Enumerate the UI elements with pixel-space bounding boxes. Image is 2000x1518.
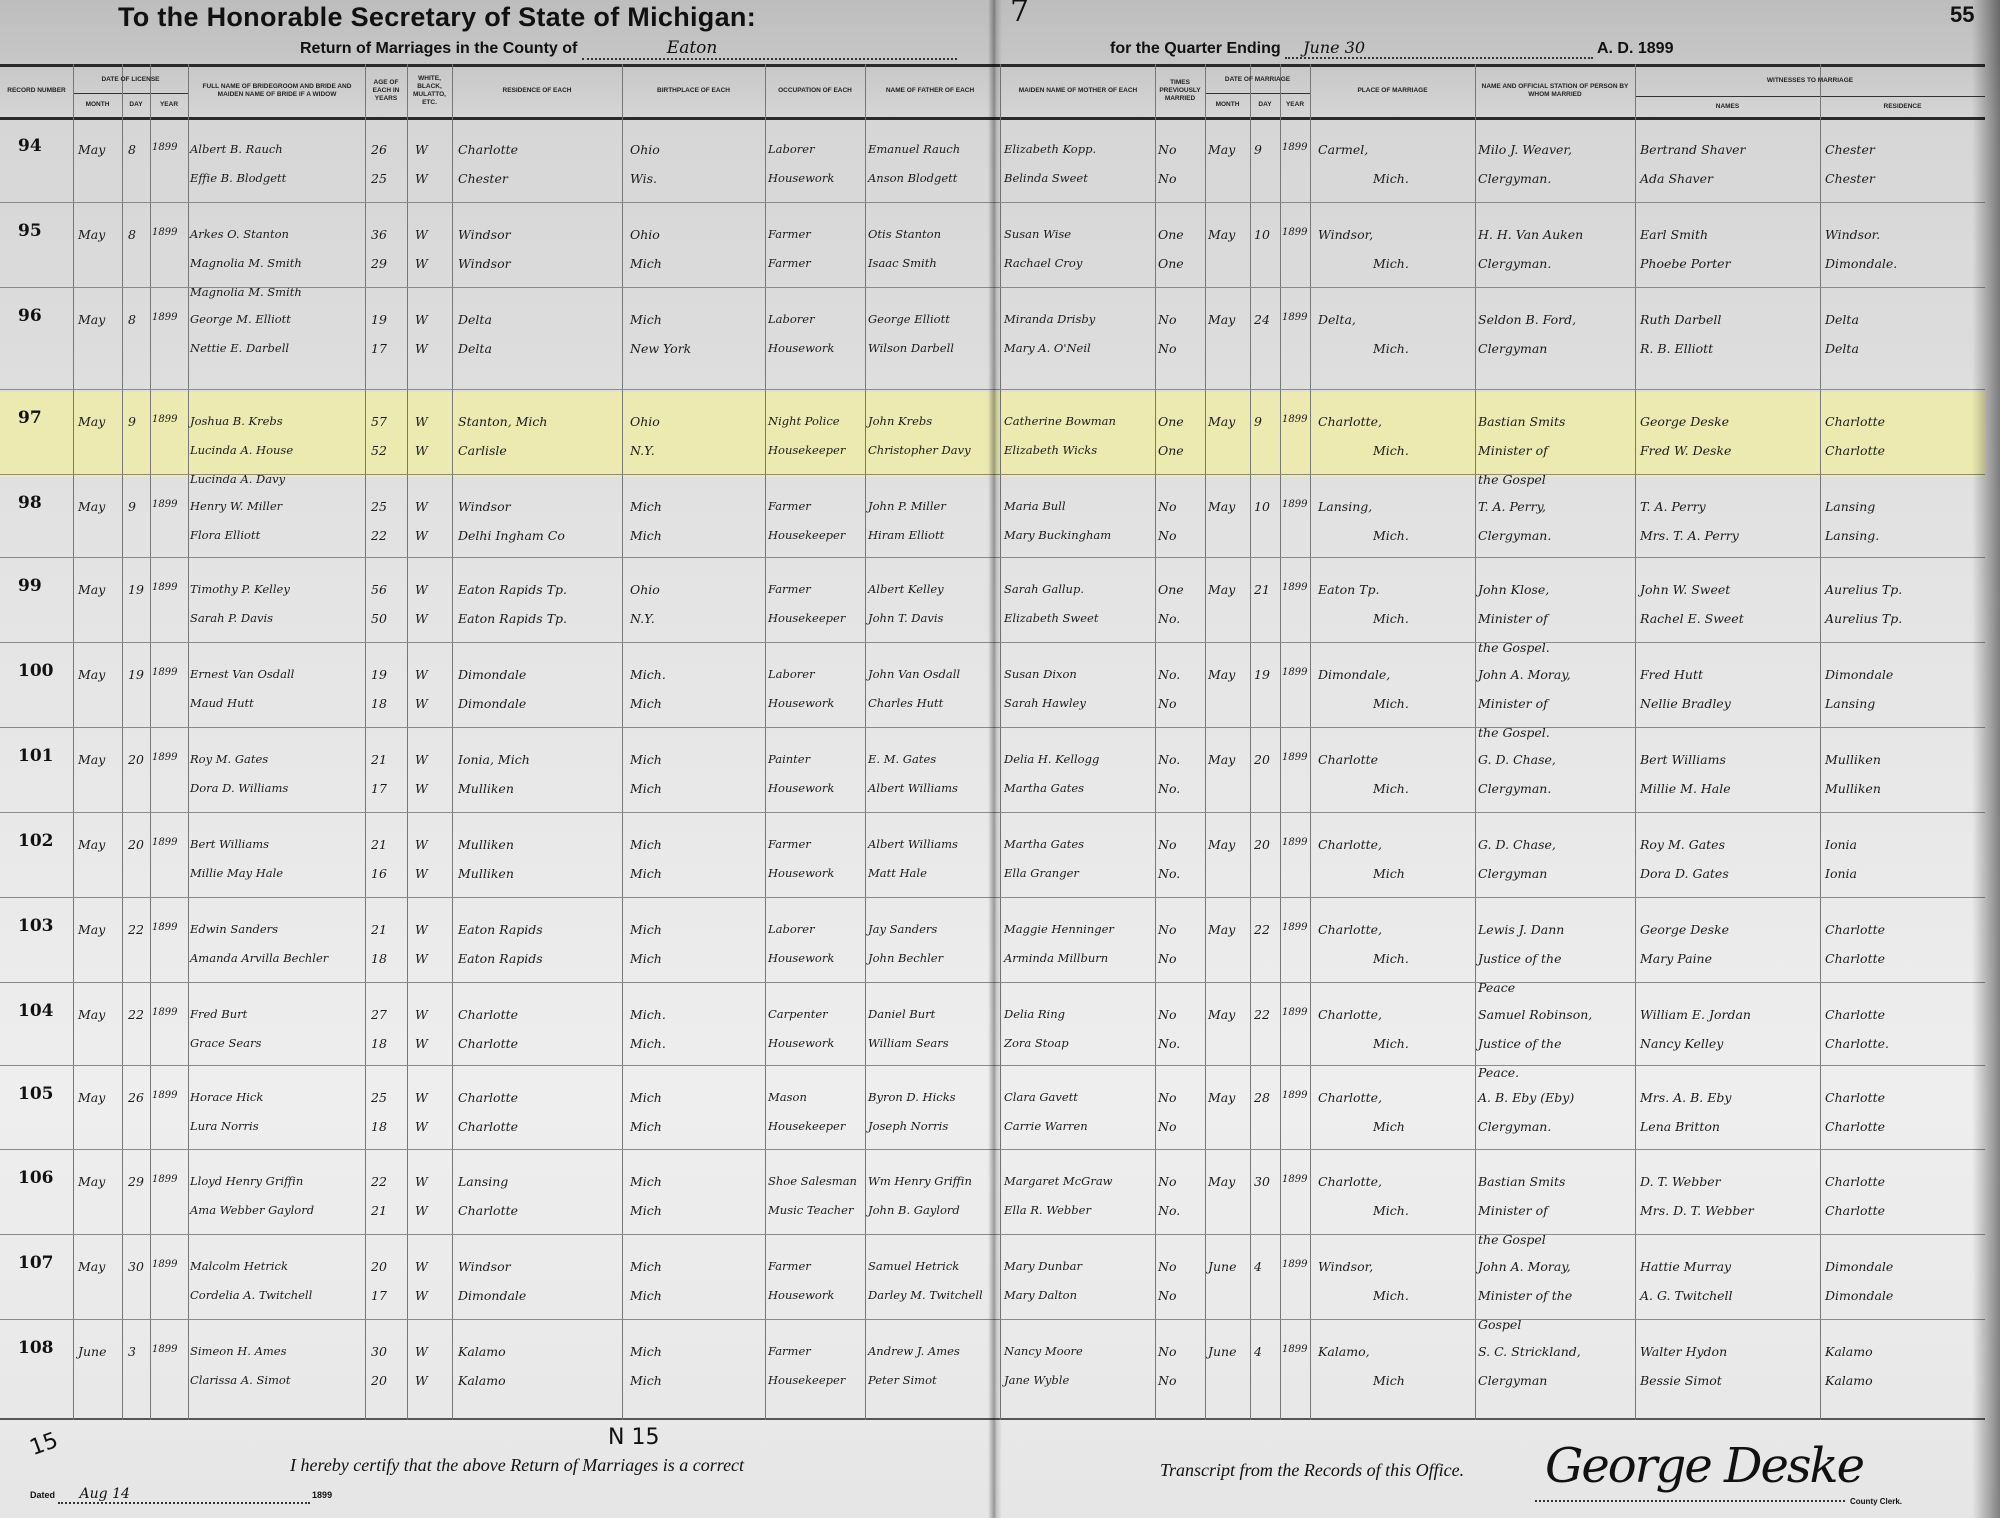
prev-line: One bbox=[1158, 414, 1184, 429]
book-spine-shadow bbox=[988, 0, 1002, 1518]
mar-month: May bbox=[1208, 227, 1235, 242]
place-line: Dimondale, bbox=[1318, 667, 1390, 682]
prev-line: No. bbox=[1158, 781, 1180, 796]
place-line: Eaton Tp. bbox=[1318, 582, 1379, 597]
witness-names-line: Mrs. D. T. Webber bbox=[1640, 1203, 1754, 1218]
place-line: Mich. bbox=[1373, 1203, 1409, 1218]
place-line: Carmel, bbox=[1318, 142, 1368, 157]
officiant-line: Bastian Smits bbox=[1478, 1174, 1565, 1189]
header-marriage-month: Month bbox=[1205, 94, 1250, 116]
officiant-line: T. A. Perry, bbox=[1478, 499, 1546, 514]
officiant-line: Minister of the bbox=[1478, 1288, 1572, 1303]
residences-line: Eaton Rapids bbox=[458, 922, 543, 937]
birthplaces-line: N.Y. bbox=[630, 443, 655, 458]
officiant-line: Seldon B. Ford, bbox=[1478, 312, 1576, 327]
names-line: Lura Norris bbox=[190, 1119, 259, 1133]
prev-line: No bbox=[1158, 1090, 1176, 1105]
colors-line: W bbox=[415, 837, 428, 852]
officiant-line: Clergyman bbox=[1478, 866, 1547, 881]
occupations-line: Housework bbox=[768, 1288, 834, 1302]
witness-res-line: Charlotte bbox=[1825, 1174, 1885, 1189]
witness-res-line: Charlotte. bbox=[1825, 1036, 1889, 1051]
prev-line: No bbox=[1158, 1288, 1176, 1303]
mothers-line: Elizabeth Wicks bbox=[1004, 443, 1097, 457]
colors-line: W bbox=[415, 142, 428, 157]
witness-names-line: Hattie Murray bbox=[1640, 1259, 1731, 1274]
mothers-line: Zora Stoap bbox=[1004, 1036, 1069, 1050]
mar-month: May bbox=[1208, 667, 1235, 682]
lic-year: 1899 bbox=[152, 752, 177, 763]
ages-line: 56 bbox=[371, 582, 387, 597]
place-line: Windsor, bbox=[1318, 1259, 1373, 1274]
colors-line: W bbox=[415, 312, 428, 327]
witness-res-line: Delta bbox=[1825, 341, 1859, 356]
mar-day: 9 bbox=[1254, 414, 1262, 429]
witness-names-line: Lena Britton bbox=[1640, 1119, 1720, 1134]
lic-month: May bbox=[78, 1174, 105, 1189]
birthplaces-line: Ohio bbox=[630, 582, 660, 597]
witness-names-line: Roy M. Gates bbox=[1640, 837, 1725, 852]
residences-line: Charlotte bbox=[458, 1090, 518, 1105]
names-line: Albert B. Rauch bbox=[190, 142, 283, 156]
occupations-line: Music Teacher bbox=[768, 1203, 853, 1217]
occupations-line: Painter bbox=[768, 752, 810, 766]
record-number: 104 bbox=[18, 1001, 54, 1021]
mar-year: 1899 bbox=[1282, 499, 1307, 510]
column-divider bbox=[1205, 64, 1206, 1420]
mar-day: 28 bbox=[1254, 1090, 1270, 1105]
header-witnesses: Witnesses to Marriage bbox=[1635, 66, 1985, 96]
lic-year: 1899 bbox=[152, 1007, 177, 1018]
ages-line: 21 bbox=[371, 752, 387, 767]
clerk-label: County Clerk. bbox=[1850, 1497, 1902, 1506]
officiant-line: Justice of the bbox=[1478, 1036, 1561, 1051]
birthplaces-line: Mich bbox=[630, 837, 662, 852]
fathers-line: Daniel Burt bbox=[868, 1007, 935, 1021]
mothers-line: Sarah Hawley bbox=[1004, 696, 1086, 710]
fathers-line: Jay Sanders bbox=[868, 922, 937, 936]
header-place: Place of Marriage bbox=[1310, 66, 1475, 116]
ages-line: 57 bbox=[371, 414, 387, 429]
ages-line: 27 bbox=[371, 1007, 387, 1022]
colors-line: W bbox=[415, 171, 428, 186]
witness-res-line: Charlotte bbox=[1825, 1203, 1885, 1218]
mar-month: May bbox=[1208, 752, 1235, 767]
header-license-month: Month bbox=[73, 94, 122, 116]
ages-line: 29 bbox=[371, 256, 387, 271]
names-line: Clarissa A. Simot bbox=[190, 1373, 290, 1387]
county-value: Eaton bbox=[582, 38, 957, 60]
names-line: Fred Burt bbox=[190, 1007, 247, 1021]
residences-line: Eaton Rapids Tp. bbox=[458, 582, 567, 597]
certification-text: I hereby certify that the above Return o… bbox=[290, 1455, 744, 1476]
witness-res-line: Kalamo bbox=[1825, 1344, 1873, 1359]
witness-res-line: Dimondale bbox=[1825, 667, 1893, 682]
mar-day: 4 bbox=[1254, 1259, 1262, 1274]
lic-day: 22 bbox=[128, 922, 144, 937]
header-marriage-year: Year bbox=[1280, 94, 1310, 116]
occupations-line: Housework bbox=[768, 171, 834, 185]
witness-res-line: Lansing. bbox=[1825, 528, 1879, 543]
names-line: Horace Hick bbox=[190, 1090, 263, 1104]
residences-line: Dimondale bbox=[458, 696, 526, 711]
colors-line: W bbox=[415, 582, 428, 597]
witness-names-line: William E. Jordan bbox=[1640, 1007, 1751, 1022]
officiant-line: Clergyman bbox=[1478, 1373, 1547, 1388]
fathers-line: Emanuel Rauch bbox=[868, 142, 960, 156]
witness-res-line: Charlotte bbox=[1825, 1090, 1885, 1105]
ages-line: 25 bbox=[371, 171, 387, 186]
header-witness-residence: Residence bbox=[1820, 97, 1985, 116]
residences-line: Eaton Rapids Tp. bbox=[458, 611, 567, 626]
names-line: Maud Hutt bbox=[190, 696, 254, 710]
lic-month: May bbox=[78, 837, 105, 852]
fathers-line: Wilson Darbell bbox=[868, 341, 954, 355]
lic-month: May bbox=[78, 227, 105, 242]
occupations-line: Farmer bbox=[768, 499, 811, 513]
officiant-line: Clergyman. bbox=[1478, 1119, 1551, 1134]
lic-month: May bbox=[78, 922, 105, 937]
ages-line: 50 bbox=[371, 611, 387, 626]
prev-line: No bbox=[1158, 922, 1176, 937]
officiant-line: Bastian Smits bbox=[1478, 414, 1565, 429]
occupations-line: Laborer bbox=[768, 667, 815, 681]
column-divider bbox=[1310, 64, 1311, 1420]
colors-line: W bbox=[415, 1090, 428, 1105]
birthplaces-line: Mich bbox=[630, 1174, 662, 1189]
header-full-name: Full Name of Bridegroom and Bride and Ma… bbox=[192, 66, 362, 116]
record-number: 105 bbox=[18, 1084, 54, 1104]
ages-line: 52 bbox=[371, 443, 387, 458]
ages-line: 30 bbox=[371, 1344, 387, 1359]
mothers-line: Mary Dunbar bbox=[1004, 1259, 1082, 1273]
ages-line: 26 bbox=[371, 142, 387, 157]
ages-line: 22 bbox=[371, 528, 387, 543]
witness-names-line: Dora D. Gates bbox=[1640, 866, 1729, 881]
fathers-line: Peter Simot bbox=[868, 1373, 937, 1387]
birthplaces-line: Mich bbox=[630, 499, 662, 514]
mothers-line: Nancy Moore bbox=[1004, 1344, 1083, 1358]
transcript-text: Transcript from the Records of this Offi… bbox=[1160, 1460, 1464, 1481]
quarter-label: for the Quarter Ending bbox=[1110, 40, 1281, 57]
mar-month: June bbox=[1208, 1344, 1237, 1359]
colors-line: W bbox=[415, 611, 428, 626]
witness-res-line: Ionia bbox=[1825, 837, 1857, 852]
lic-day: 9 bbox=[128, 499, 136, 514]
place-line: Mich bbox=[1373, 1119, 1405, 1134]
mar-month: May bbox=[1208, 1174, 1235, 1189]
prev-line: No bbox=[1158, 1344, 1176, 1359]
header-color: White, Black, Mulatto, Etc. bbox=[407, 66, 452, 116]
colors-line: W bbox=[415, 341, 428, 356]
fathers-line: E. M. Gates bbox=[868, 752, 936, 766]
mothers-line: Susan Dixon bbox=[1004, 667, 1077, 681]
place-line: Mich. bbox=[1373, 171, 1409, 186]
record-number: 99 bbox=[18, 576, 42, 596]
mar-year: 1899 bbox=[1282, 1344, 1307, 1355]
witness-names-line: Mrs. A. B. Eby bbox=[1640, 1090, 1731, 1105]
residences-line: Dimondale bbox=[458, 1288, 526, 1303]
birthplaces-line: Mich. bbox=[630, 1036, 666, 1051]
officiant-line: John A. Moray, bbox=[1478, 1259, 1571, 1274]
lic-year: 1899 bbox=[152, 227, 177, 238]
header-date-of-license: Date of License bbox=[73, 66, 188, 93]
ages-line: 19 bbox=[371, 312, 387, 327]
names-line: Roy M. Gates bbox=[190, 752, 268, 766]
place-line: Mich. bbox=[1373, 781, 1409, 796]
column-divider bbox=[73, 64, 74, 1420]
residences-line: Delhi Ingham Co bbox=[458, 528, 565, 543]
ages-line: 21 bbox=[371, 922, 387, 937]
mar-day: 10 bbox=[1254, 227, 1270, 242]
lic-day: 3 bbox=[128, 1344, 136, 1359]
mar-day: 22 bbox=[1254, 1007, 1270, 1022]
birthplaces-line: Mich. bbox=[630, 667, 666, 682]
lic-day: 9 bbox=[128, 414, 136, 429]
birthplaces-line: Mich bbox=[630, 1203, 662, 1218]
record-number: 101 bbox=[18, 746, 54, 766]
column-divider bbox=[150, 64, 151, 1420]
header-mother: Maiden Name of Mother of Each bbox=[1003, 66, 1153, 116]
birthplaces-line: Mich bbox=[630, 1119, 662, 1134]
witness-names-line: Bessie Simot bbox=[1640, 1373, 1722, 1388]
place-line: Charlotte, bbox=[1318, 414, 1382, 429]
names-line: Effie B. Blodgett bbox=[190, 171, 286, 185]
officiant-line: John A. Moray, bbox=[1478, 667, 1571, 682]
prev-line: No bbox=[1158, 499, 1176, 514]
names-line: Malcolm Hetrick bbox=[190, 1259, 288, 1273]
fathers-line: John T. Davis bbox=[868, 611, 943, 625]
occupations-line: Housekeeper bbox=[768, 1119, 845, 1133]
column-divider bbox=[365, 64, 366, 1420]
witness-names-line: Ada Shaver bbox=[1640, 171, 1713, 186]
mar-month: May bbox=[1208, 922, 1235, 937]
residences-line: Dimondale bbox=[458, 667, 526, 682]
officiant-line: Justice of the bbox=[1478, 951, 1561, 966]
fathers-line: Matt Hale bbox=[868, 866, 927, 880]
colors-line: W bbox=[415, 1007, 428, 1022]
lic-year: 1899 bbox=[152, 414, 177, 425]
header-father: Name of Father of Each bbox=[865, 66, 995, 116]
place-line: Charlotte, bbox=[1318, 1007, 1382, 1022]
ages-line: 19 bbox=[371, 667, 387, 682]
column-divider bbox=[622, 64, 623, 1420]
names-line: Amanda Arvilla Bechler bbox=[190, 951, 328, 965]
record-number: 107 bbox=[18, 1253, 54, 1273]
place-line: Charlotte, bbox=[1318, 1090, 1382, 1105]
birthplaces-line: Mich. bbox=[630, 1007, 666, 1022]
mar-month: May bbox=[1208, 414, 1235, 429]
mothers-line: Clara Gavett bbox=[1004, 1090, 1078, 1104]
officiant-line: Minister of bbox=[1478, 443, 1548, 458]
ledger-page: To the Honorable Secretary of State of M… bbox=[0, 0, 2000, 1518]
fathers-line: John P. Miller bbox=[868, 499, 946, 513]
birthplaces-line: Mich bbox=[630, 256, 662, 271]
prev-line: No bbox=[1158, 1373, 1176, 1388]
officiant-line: A. B. Eby (Eby) bbox=[1478, 1090, 1574, 1105]
fathers-line: Albert Williams bbox=[868, 781, 958, 795]
prev-line: No bbox=[1158, 1259, 1176, 1274]
residences-line: Chester bbox=[458, 171, 508, 186]
record-number: 102 bbox=[18, 831, 54, 851]
witness-names-line: Rachel E. Sweet bbox=[1640, 611, 1744, 626]
witness-names-line: Mary Paine bbox=[1640, 951, 1712, 966]
officiant-line: Milo J. Weaver, bbox=[1478, 142, 1572, 157]
occupations-line: Laborer bbox=[768, 142, 815, 156]
mar-year: 1899 bbox=[1282, 582, 1307, 593]
names-line: Dora D. Williams bbox=[190, 781, 288, 795]
colors-line: W bbox=[415, 499, 428, 514]
fathers-line: Samuel Hetrick bbox=[868, 1259, 959, 1273]
lic-month: May bbox=[78, 142, 105, 157]
ages-line: 20 bbox=[371, 1373, 387, 1388]
colors-line: W bbox=[415, 256, 428, 271]
residences-line: Charlotte bbox=[458, 1119, 518, 1134]
mar-year: 1899 bbox=[1282, 312, 1307, 323]
record-number: 95 bbox=[18, 221, 42, 241]
ages-line: 17 bbox=[371, 781, 387, 796]
names-line: Edwin Sanders bbox=[190, 922, 278, 936]
prev-line: One bbox=[1158, 443, 1184, 458]
birthplaces-line: Ohio bbox=[630, 142, 660, 157]
ages-line: 18 bbox=[371, 1036, 387, 1051]
record-number: 94 bbox=[18, 136, 42, 156]
mothers-line: Delia H. Kellogg bbox=[1004, 752, 1099, 766]
place-line: Mich. bbox=[1373, 341, 1409, 356]
lic-year: 1899 bbox=[152, 142, 177, 153]
witness-names-line: Bertrand Shaver bbox=[1640, 142, 1746, 157]
fathers-line: Joseph Norris bbox=[868, 1119, 948, 1133]
mothers-line: Rachael Croy bbox=[1004, 256, 1082, 270]
prev-line: No bbox=[1158, 837, 1176, 852]
fathers-line: Wm Henry Griffin bbox=[868, 1174, 972, 1188]
mar-year: 1899 bbox=[1282, 227, 1307, 238]
birthplaces-line: Mich bbox=[630, 781, 662, 796]
witness-res-line: Ionia bbox=[1825, 866, 1857, 881]
lic-day: 30 bbox=[128, 1259, 144, 1274]
margin-note-left: 15 bbox=[27, 1428, 62, 1461]
colors-line: W bbox=[415, 1203, 428, 1218]
occupations-line: Night Police bbox=[768, 414, 840, 428]
mar-month: May bbox=[1208, 1090, 1235, 1105]
header-license-year: Year bbox=[150, 94, 188, 116]
birthplaces-line: Mich bbox=[630, 312, 662, 327]
lic-year: 1899 bbox=[152, 667, 177, 678]
lic-month: May bbox=[78, 312, 105, 327]
witness-names-line: Fred W. Deske bbox=[1640, 443, 1731, 458]
record-number: 106 bbox=[18, 1168, 54, 1188]
witness-res-line: Dimondale bbox=[1825, 1259, 1893, 1274]
mothers-line: Maria Bull bbox=[1004, 499, 1066, 513]
mothers-line: Mary Buckingham bbox=[1004, 528, 1111, 542]
fathers-line: Andrew J. Ames bbox=[868, 1344, 960, 1358]
lic-month: May bbox=[78, 667, 105, 682]
ages-line: 17 bbox=[371, 341, 387, 356]
prev-line: No bbox=[1158, 142, 1176, 157]
ages-line: 25 bbox=[371, 499, 387, 514]
birthplaces-line: New York bbox=[630, 341, 691, 356]
place-line: Mich. bbox=[1373, 1288, 1409, 1303]
witness-res-line: Charlotte bbox=[1825, 1007, 1885, 1022]
fathers-line: Albert Williams bbox=[868, 837, 958, 851]
mothers-line: Jane Wyble bbox=[1004, 1373, 1069, 1387]
fathers-line: John B. Gaylord bbox=[868, 1203, 960, 1217]
mar-day: 9 bbox=[1254, 142, 1262, 157]
dated-value: Aug 14 bbox=[58, 1486, 310, 1504]
mothers-line: Catherine Bowman bbox=[1004, 414, 1116, 428]
ages-line: 25 bbox=[371, 1090, 387, 1105]
witness-names-line: Mrs. T. A. Perry bbox=[1640, 528, 1739, 543]
occupations-line: Housekeeper bbox=[768, 528, 845, 542]
corner-mark: 7 bbox=[1010, 0, 1029, 29]
names-line: Joshua B. Krebs bbox=[190, 414, 283, 428]
residences-line: Delta bbox=[458, 341, 492, 356]
ages-line: 22 bbox=[371, 1174, 387, 1189]
occupations-line: Housework bbox=[768, 1036, 834, 1050]
witness-names-line: Walter Hydon bbox=[1640, 1344, 1727, 1359]
mothers-line: Martha Gates bbox=[1004, 837, 1084, 851]
names-line: Lucinda A. House bbox=[190, 443, 293, 457]
names-line: George M. Elliott bbox=[190, 312, 291, 326]
mar-year: 1899 bbox=[1282, 1090, 1307, 1101]
place-line: Kalamo, bbox=[1318, 1344, 1370, 1359]
record-number: 100 bbox=[18, 661, 54, 681]
record-number: 108 bbox=[18, 1338, 54, 1358]
prev-line: No bbox=[1158, 1007, 1176, 1022]
mar-day: 30 bbox=[1254, 1174, 1270, 1189]
lic-day: 29 bbox=[128, 1174, 144, 1189]
witness-names-line: Nellie Bradley bbox=[1640, 696, 1731, 711]
birthplaces-line: Mich bbox=[630, 951, 662, 966]
witness-res-line: Charlotte bbox=[1825, 1119, 1885, 1134]
fathers-line: John Van Osdall bbox=[868, 667, 960, 681]
birthplaces-line: Mich bbox=[630, 1288, 662, 1303]
officiant-line: H. H. Van Auken bbox=[1478, 227, 1583, 242]
residences-line: Charlotte bbox=[458, 142, 518, 157]
names-line: Henry W. Miller bbox=[190, 499, 282, 513]
mar-day: 22 bbox=[1254, 922, 1270, 937]
lic-year: 1899 bbox=[152, 582, 177, 593]
header-residence: Residence of Each bbox=[452, 66, 622, 116]
header-age: Age of Each in Years bbox=[365, 66, 407, 116]
prev-line: No. bbox=[1158, 752, 1180, 767]
lic-day: 19 bbox=[128, 582, 144, 597]
mar-month: May bbox=[1208, 499, 1235, 514]
residences-line: Windsor bbox=[458, 227, 511, 242]
ages-line: 16 bbox=[371, 866, 387, 881]
witness-res-line: Mulliken bbox=[1825, 781, 1881, 796]
mar-year: 1899 bbox=[1282, 752, 1307, 763]
clerk-signature: George Deske bbox=[1545, 1438, 1863, 1494]
residences-line: Eaton Rapids bbox=[458, 951, 543, 966]
names-line: Sarah P. Davis bbox=[190, 611, 273, 625]
colors-line: W bbox=[415, 528, 428, 543]
officiant-line: Clergyman. bbox=[1478, 171, 1551, 186]
witness-names-line: Fred Hutt bbox=[1640, 667, 1703, 682]
colors-line: W bbox=[415, 1036, 428, 1051]
birthplaces-line: Mich bbox=[630, 696, 662, 711]
mar-day: 19 bbox=[1254, 667, 1270, 682]
prev-line: No bbox=[1158, 341, 1176, 356]
mar-year: 1899 bbox=[1282, 922, 1307, 933]
occupations-line: Farmer bbox=[768, 837, 811, 851]
column-divider bbox=[765, 64, 766, 1420]
officiant-line: Peace. bbox=[1478, 1065, 1519, 1080]
names-line: Simeon H. Ames bbox=[190, 1344, 287, 1358]
column-divider bbox=[188, 64, 189, 1420]
occupations-line: Mason bbox=[768, 1090, 807, 1104]
year-label: A. D. 1899 bbox=[1597, 40, 1673, 57]
